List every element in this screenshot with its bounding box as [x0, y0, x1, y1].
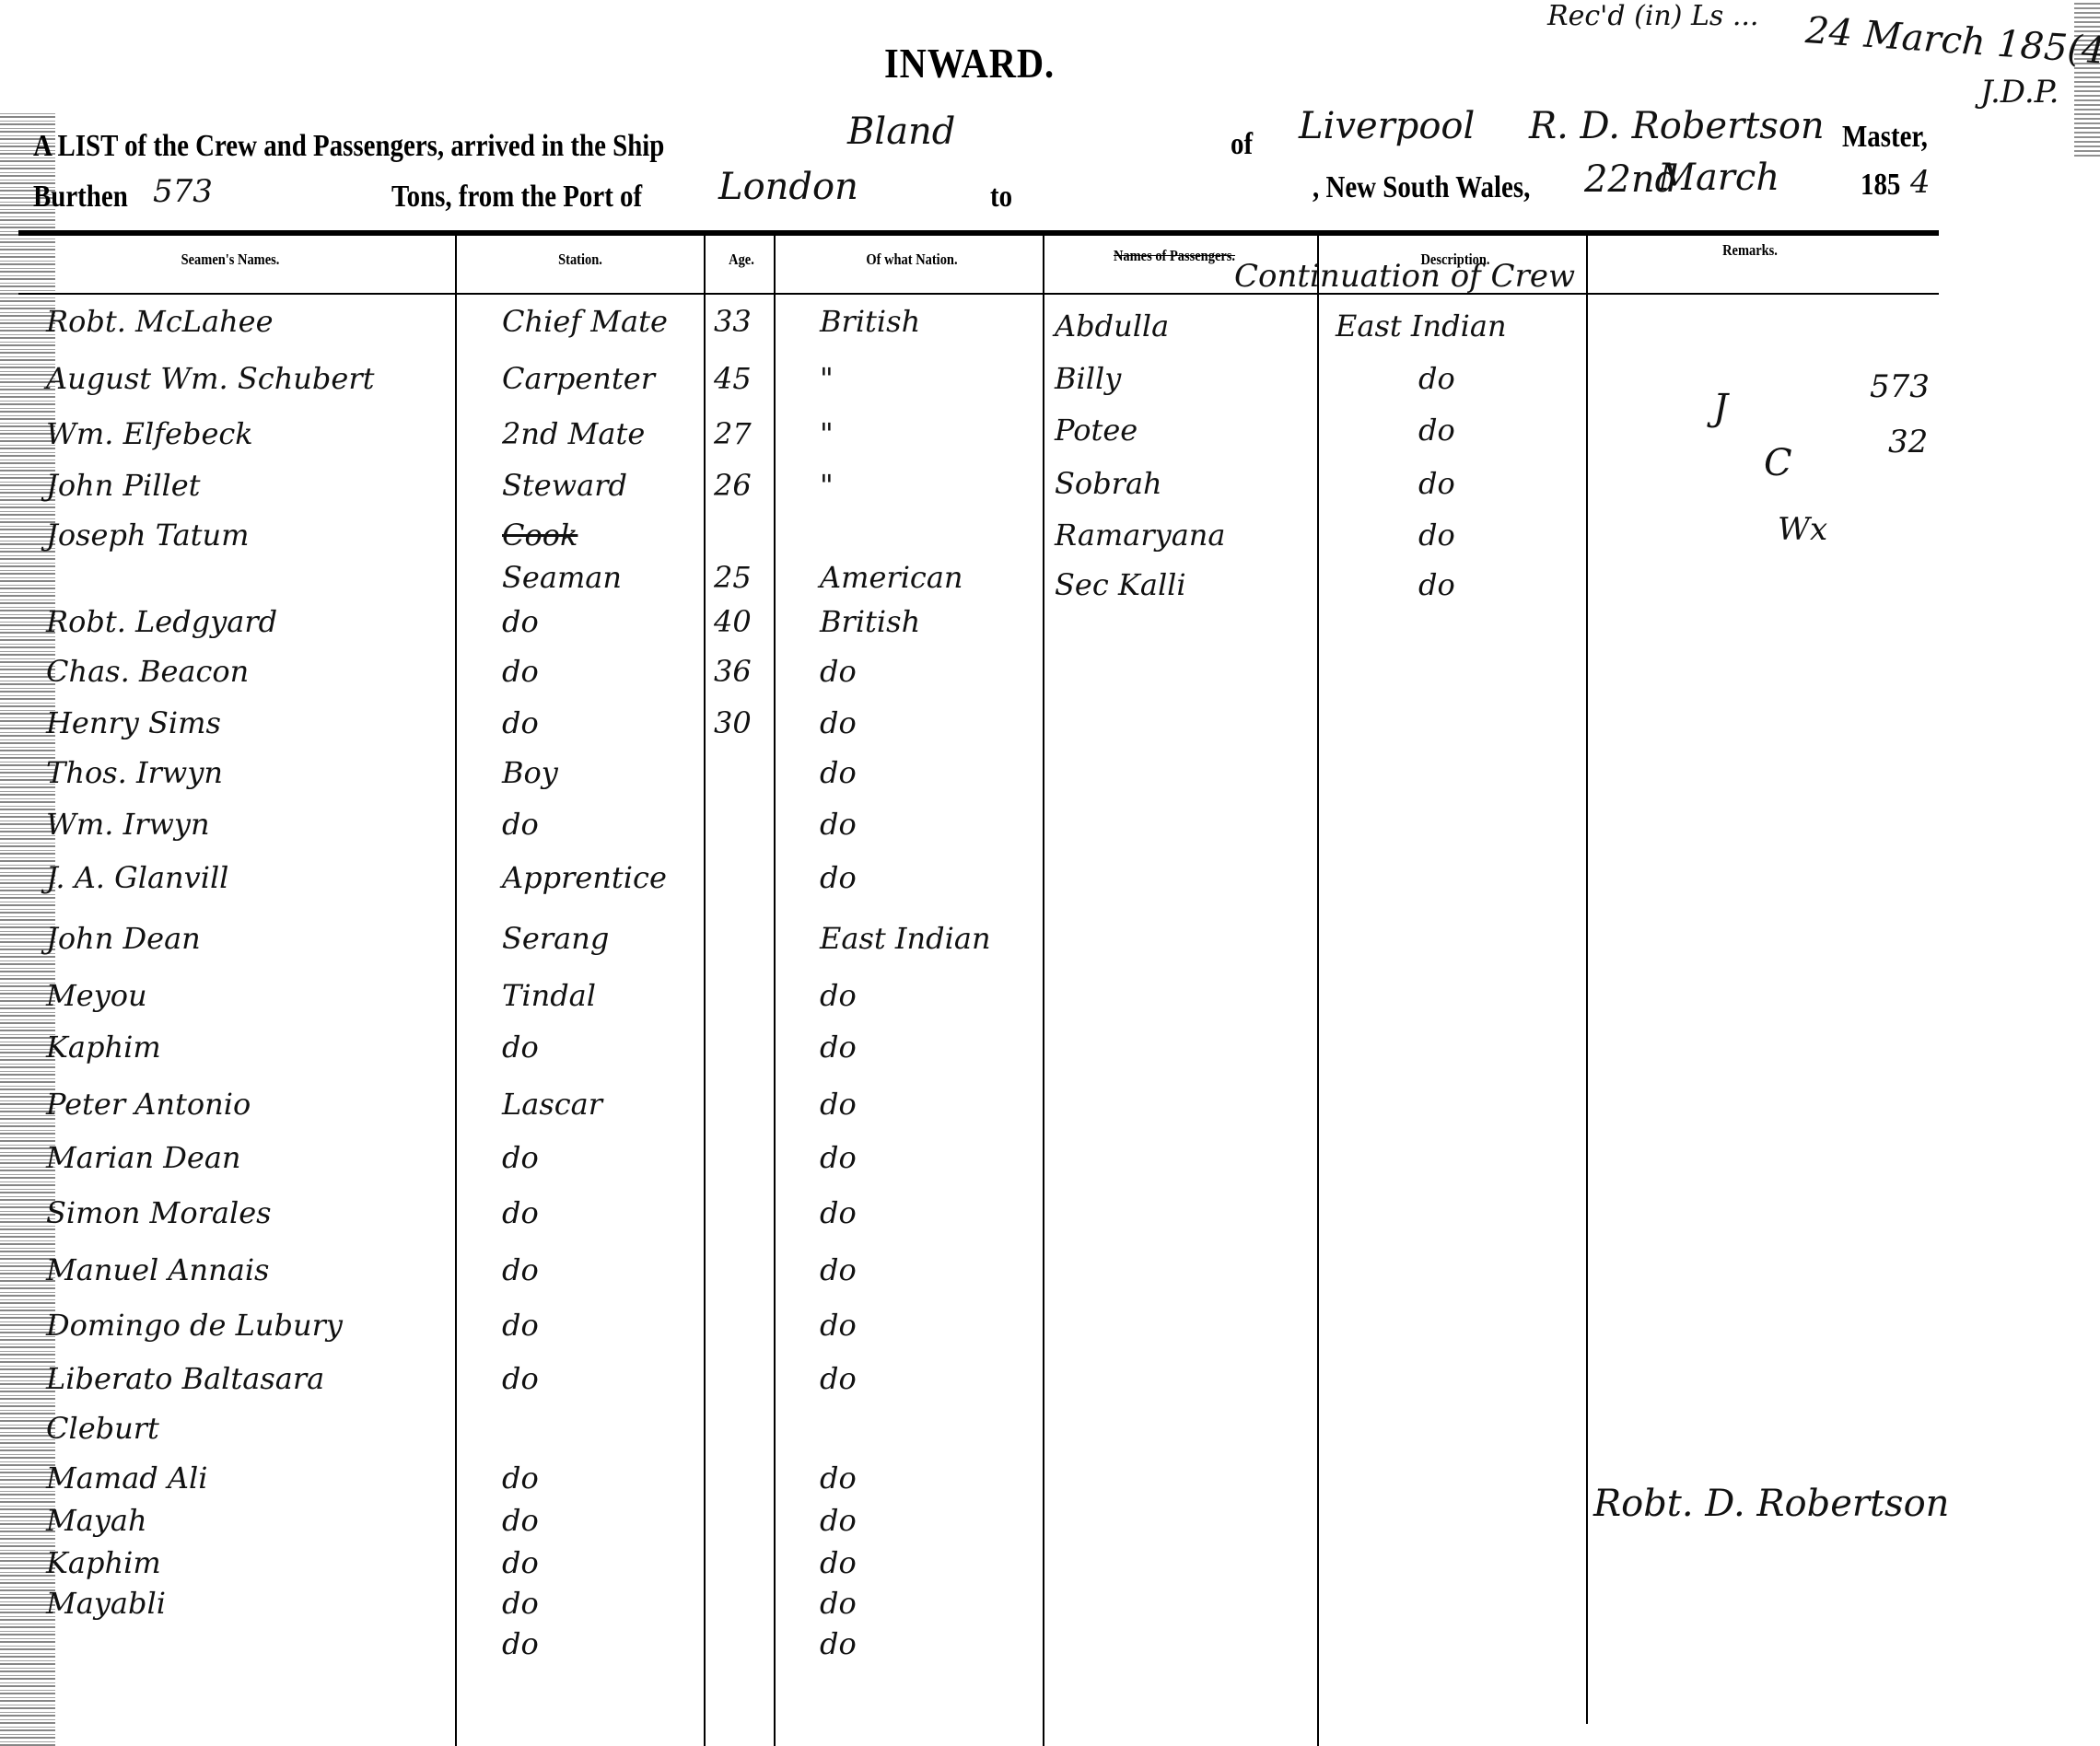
column-divider [704, 232, 706, 1746]
of-label: of [1231, 127, 1253, 162]
tally-mark: J [1713, 387, 1728, 429]
crew-station: do [502, 1308, 539, 1343]
destination-label: , New South Wales, [1312, 170, 1530, 205]
crew-name: Kaphim [46, 1030, 161, 1065]
crew-station: do [502, 654, 539, 689]
column-divider [1586, 232, 1588, 1724]
continued-crew-name: Sobrah [1055, 466, 1162, 501]
crew-name: John Dean [46, 921, 201, 956]
master-label: Master, [1842, 120, 1928, 155]
crew-name: Thos. Irwyn [46, 755, 223, 790]
crew-nation: do [820, 1252, 857, 1287]
crew-name: Robt. Ledgyard [46, 604, 277, 639]
crew-name: Meyou [46, 978, 147, 1013]
table-header-rule [18, 293, 1939, 295]
crew-nation: do [820, 1195, 857, 1230]
header-station: Station. [533, 250, 627, 269]
crew-station: Cook [502, 518, 577, 553]
crew-nation: do [820, 1461, 857, 1496]
to-label: to [990, 180, 1012, 215]
crew-station: Serang [502, 921, 609, 956]
crew-station: do [502, 1195, 539, 1230]
continued-crew-description: do [1418, 466, 1455, 501]
continuation-note: Continuation of Crew [1234, 258, 1575, 295]
from-port: London [718, 166, 858, 208]
column-divider [455, 232, 457, 1746]
column-divider [1317, 232, 1319, 1746]
tally-top-number: 573 [1870, 368, 1930, 405]
crew-station: do [502, 1626, 539, 1661]
crew-name: Joseph Tatum [46, 518, 249, 553]
crew-nation: do [820, 1308, 857, 1343]
crew-name: Manuel Annais [46, 1252, 269, 1287]
crew-station: Steward [502, 468, 627, 503]
column-divider [774, 232, 776, 1746]
arrival-month: March [1658, 157, 1779, 199]
crew-name: Mayah [46, 1503, 147, 1538]
burthen-label: Burthen [33, 180, 128, 215]
tally-initials: Wx [1778, 511, 1827, 548]
crew-age: 45 [714, 361, 752, 396]
burthen-value: 573 [153, 173, 213, 210]
master-signature: Robt. D. Robertson [1593, 1483, 1949, 1525]
crew-name: Simon Morales [46, 1195, 272, 1230]
crew-nation: East Indian [820, 921, 991, 956]
crew-name: Mayabli [46, 1586, 166, 1621]
continued-crew-description: do [1418, 413, 1455, 448]
document-title: INWARD. [884, 39, 1055, 87]
crew-nation: British [820, 604, 920, 639]
crew-age: 27 [714, 416, 752, 451]
crew-station: do [502, 1030, 539, 1065]
continued-crew-description: do [1418, 567, 1455, 602]
year-handwritten: 4 [1910, 164, 1931, 201]
crew-nation: British [820, 304, 920, 339]
crew-station: do [502, 1140, 539, 1175]
header-seamen-names: Seamen's Names. [152, 250, 309, 269]
crew-nation: do [820, 1545, 857, 1580]
crew-nation: do [820, 1030, 857, 1065]
crew-name: August Wm. Schubert [46, 361, 374, 396]
continued-crew-name: Abdulla [1055, 308, 1169, 343]
crew-name: Peter Antonio [46, 1087, 251, 1122]
crew-nation: do [820, 860, 857, 895]
crew-name: Kaphim [46, 1545, 161, 1580]
crew-age: 33 [714, 304, 752, 339]
ship-name: Bland [847, 111, 955, 153]
crew-station: Tindal [502, 978, 596, 1013]
crew-station: Apprentice [502, 860, 667, 895]
crew-name: Domingo de Lubury [46, 1308, 343, 1343]
crew-name: Wm. Elfebeck [46, 416, 253, 451]
crew-nation: do [820, 705, 857, 740]
crew-nation: do [820, 1087, 857, 1122]
crew-name: John Pillet [46, 468, 201, 503]
tally-letter: C [1764, 442, 1792, 484]
crew-nation: " [820, 416, 834, 451]
crew-age: 30 [714, 705, 752, 740]
crew-station: Boy [502, 755, 558, 790]
received-date-annotation: 24 March 185(4) [1804, 9, 2100, 74]
crew-station: Chief Mate [502, 304, 668, 339]
scan-shadow-right [2074, 0, 2100, 157]
crew-age: 36 [714, 654, 752, 689]
crew-nation: American [820, 560, 963, 595]
crew-age: 40 [714, 604, 752, 639]
crew-station: do [502, 604, 539, 639]
continued-crew-name: Potee [1055, 413, 1137, 448]
crew-nation: " [820, 361, 834, 396]
list-heading: A LIST of the Crew and Passengers, arriv… [33, 129, 664, 164]
crew-station: Seaman [502, 560, 622, 595]
crew-nation: " [820, 468, 834, 503]
crew-age: 25 [714, 560, 752, 595]
crew-nation: do [820, 1503, 857, 1538]
crew-station: do [502, 1503, 539, 1538]
crew-name: Marian Dean [46, 1140, 241, 1175]
crew-name: Liberato Baltasara [46, 1361, 324, 1396]
tons-from-port-label: Tons, from the Port of [391, 180, 642, 215]
crew-station: Lascar [502, 1087, 602, 1122]
crew-nation: do [820, 807, 857, 842]
crew-station: 2nd Mate [502, 416, 645, 451]
continued-crew-name: Sec Kalli [1055, 567, 1186, 602]
master-name: R. D. Robertson [1529, 105, 1825, 147]
crew-station: do [502, 705, 539, 740]
header-nation: Of what Nation. [842, 250, 983, 269]
crew-name: Mamad Ali [46, 1461, 208, 1496]
crew-station: do [502, 1586, 539, 1621]
officer-initials: J.D.P. [1980, 74, 2059, 111]
crew-nation: do [820, 1586, 857, 1621]
crew-name: Wm. Irwyn [46, 807, 210, 842]
crew-nation: do [820, 755, 857, 790]
crew-name: Henry Sims [46, 705, 221, 740]
continued-crew-description: do [1418, 518, 1455, 553]
continued-crew-description: East Indian [1336, 308, 1507, 343]
received-annotation: Rec'd (in) Ls ... [1547, 0, 1758, 32]
crew-name: J. A. Glanvill [46, 860, 228, 895]
crew-name: Cleburt [46, 1411, 159, 1446]
crew-nation: do [820, 978, 857, 1013]
column-divider [1043, 232, 1044, 1746]
header-age: Age. [714, 250, 769, 269]
crew-nation: do [820, 1361, 857, 1396]
table-top-rule [18, 230, 1939, 236]
continued-crew-description: do [1418, 361, 1455, 396]
crew-station: do [502, 1545, 539, 1580]
crew-name: Robt. McLahee [46, 304, 274, 339]
year-printed: 185 [1861, 168, 1900, 203]
crew-station: do [502, 1461, 539, 1496]
tally-bottom-number: 32 [1888, 424, 1928, 460]
crew-nation: do [820, 1626, 857, 1661]
continued-crew-name: Ramaryana [1055, 518, 1225, 553]
home-port: Liverpool [1299, 105, 1475, 147]
header-remarks: Remarks. [1703, 241, 1797, 260]
crew-nation: do [820, 654, 857, 689]
crew-name: Chas. Beacon [46, 654, 249, 689]
crew-station: do [502, 807, 539, 842]
crew-station: do [502, 1252, 539, 1287]
crew-age: 26 [714, 468, 752, 503]
crew-station: Carpenter [502, 361, 655, 396]
crew-nation: do [820, 1140, 857, 1175]
continued-crew-name: Billy [1055, 361, 1121, 396]
crew-station: do [502, 1361, 539, 1396]
